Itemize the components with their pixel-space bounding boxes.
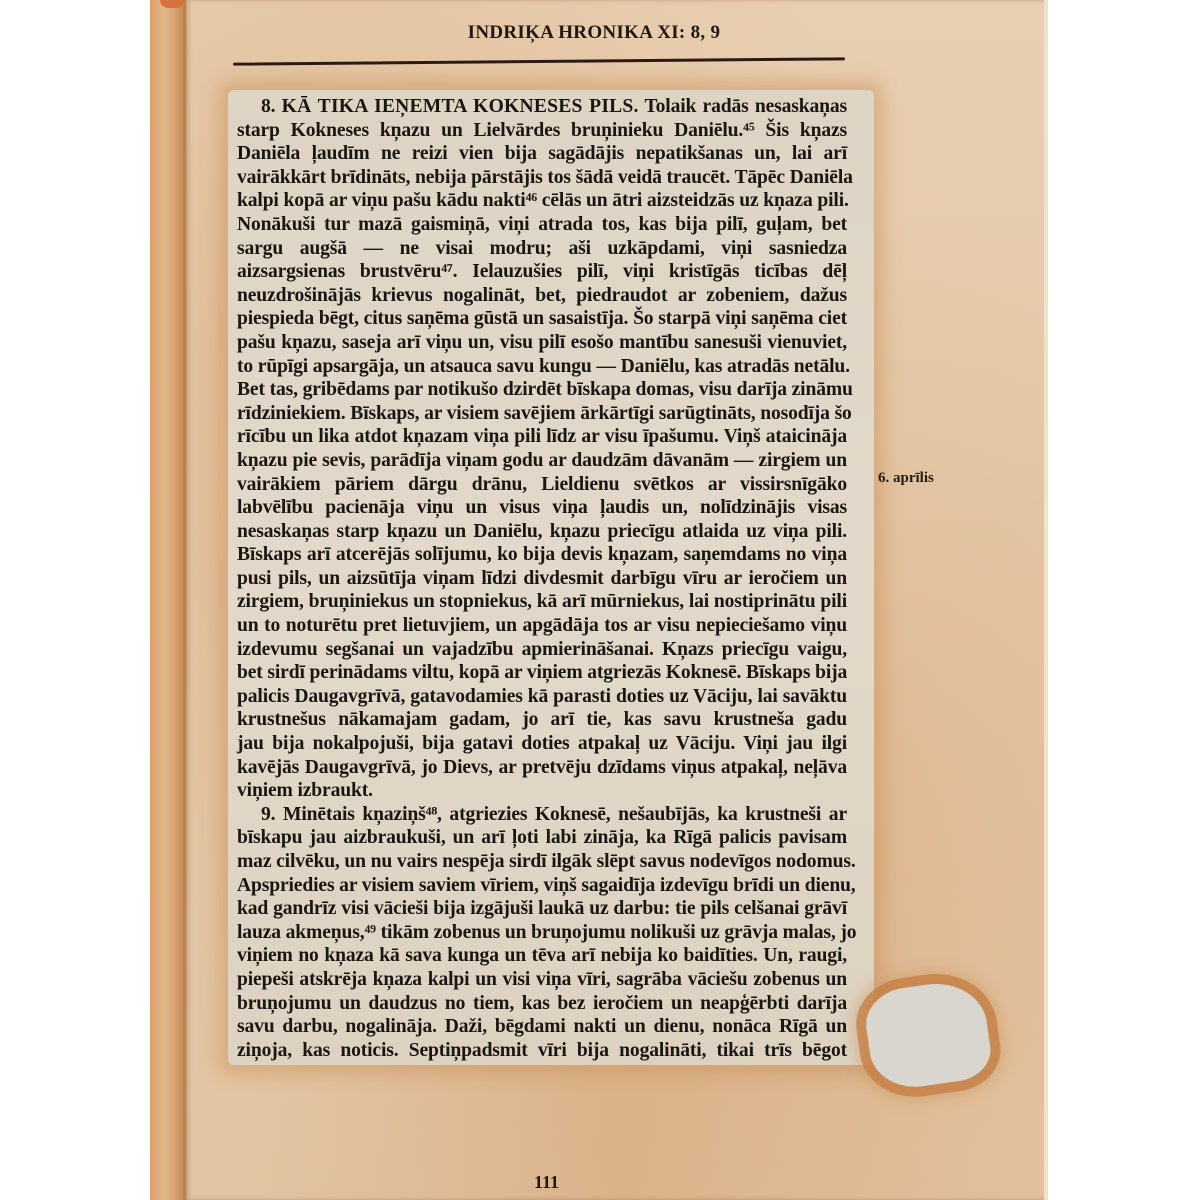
text-line: krustnešus nākamajam gadam, jo arī tie, … — [237, 708, 847, 732]
section-9-first-line: 9. Minētais kņaziņš⁴⁸, atgriezies Koknes… — [237, 803, 847, 827]
text-line: lauza akmeņus,⁴⁹ tikām zobenus un bruņoj… — [237, 921, 847, 945]
text-line: to rūpīgi apsargāja, un atsauca savu kun… — [237, 355, 847, 379]
running-header: INDRIĶA HRONIKA XI: 8, 9 — [230, 22, 846, 44]
text-line: izdevumu segšanai un vajadzību apmierinā… — [237, 638, 847, 662]
text-line: kad gandrīz visi vācieši bija izgājuši l… — [237, 897, 847, 921]
page-number: 111 — [534, 1172, 559, 1193]
text-line: jau bija nokalpojuši, bija gatavi doties… — [237, 732, 847, 756]
section-heading: KĀ TIKA IEŅEMTA KOKNESES PILS. — [282, 96, 639, 117]
text-line: zirgiem, bruņiniekus un stopniekus, kā a… — [237, 590, 847, 614]
text-line: kņazu pie sevis, parādīja viņam godu ar … — [237, 449, 847, 473]
text-line: rīcību un lika atdot kņazam viņa pili lī… — [237, 425, 847, 449]
text-line: Apspriedies ar visiem saviem vīriem, viņ… — [237, 874, 847, 898]
text-line: palicis Daugavgrīvā, gatavodamies kā par… — [237, 685, 847, 709]
text-line: vairākiem pāriem dārgu drānu, Lieldienu … — [237, 473, 847, 497]
section-8-first-line: 8. KĀ TIKA IEŅEMTA KOKNESES PILS. Tolaik… — [237, 95, 847, 119]
text-line: maz cilvēku, un nu vairs nespēja sirdī i… — [237, 850, 847, 874]
text-line: bruņojumu un daudzus no tiem, kas bez ie… — [237, 992, 847, 1016]
section-number: 8. — [261, 96, 275, 117]
text-line: piespieda bēgt, citus saņēma gūstā un sa… — [237, 307, 847, 331]
section-number: 9. — [261, 804, 275, 825]
text-line: viņiem no kņaza kā sava kunga un tēva ar… — [237, 944, 847, 968]
text-line: Bīskaps arī atcerējās solījumu, ko bija … — [237, 543, 847, 567]
text-line: un to noturētu pret lietuvjiem, un apgād… — [237, 614, 847, 638]
text-line: Bet tas, gribēdams par notikušo dzirdēt … — [237, 378, 847, 402]
text-line: kavējās Daugavgrīvā, jo Dievs, ar pretvē… — [237, 756, 847, 780]
text-line: savu darbu, nogalināja. Daži, bēgdami na… — [237, 1015, 847, 1039]
text-line: pusi pils, un aizsūtīja viņam līdzi divd… — [237, 567, 847, 591]
text-line: aizsargsienas brustvēru⁴⁷. Ielauzušies p… — [237, 260, 847, 284]
text-line: starp Kokneses kņazu un Lielvārdes bruņi… — [237, 119, 847, 143]
text-line: pašu kņazu, saseja arī viņu un, visu pil… — [237, 331, 847, 355]
text-line: labvēlību pacienāja viņu un visus viņa ļ… — [237, 496, 847, 520]
text-line: sargu augšā — ne visai modru; aši uzkāpd… — [237, 237, 847, 261]
text-line: nesaskaņas starp kņazu un Daniēlu, kņazu… — [237, 520, 847, 544]
text-line: kalpi kopā ar viņu pašu kādu nakti⁴⁶ cēl… — [237, 189, 847, 213]
margin-note-date: 6. aprīlis — [878, 470, 934, 487]
text-line: Nonākuši tur mazā gaismiņā, viņi atrada … — [237, 213, 847, 237]
text-line: Daniēla ļaudīm ne reizi vien bija sagādā… — [237, 142, 847, 166]
text-line: piepeši atskrēja kņaza kalpi un visi viņ… — [237, 968, 847, 992]
text-line: rīdziniekiem. Bīskaps, ar visiem savējie… — [237, 402, 847, 426]
book-spine — [150, 0, 186, 1200]
text-line: viņiem izbraukt. — [237, 779, 847, 803]
text-line: neuzdrošinājās krievus nogalināt, bet, p… — [237, 284, 847, 308]
page-body: 8. KĀ TIKA IEŅEMTA KOKNESES PILS. Tolaik… — [237, 95, 847, 1062]
running-header-title: INDRIĶA HRONIKA XI: 8, 9 — [468, 22, 721, 43]
text-line: bīskapu jau aizbraukuši, un arī ļoti lab… — [237, 826, 847, 850]
text-line: bet sirdī perinādams viltu, kopā ar viņi… — [237, 661, 847, 685]
text-line: vairākkārt brīdināts, nebija pārstājis t… — [237, 166, 847, 190]
page-edge — [1044, 0, 1048, 1200]
text-line: ziņoja, kas noticis. Septiņpadsmit vīri … — [237, 1039, 847, 1063]
